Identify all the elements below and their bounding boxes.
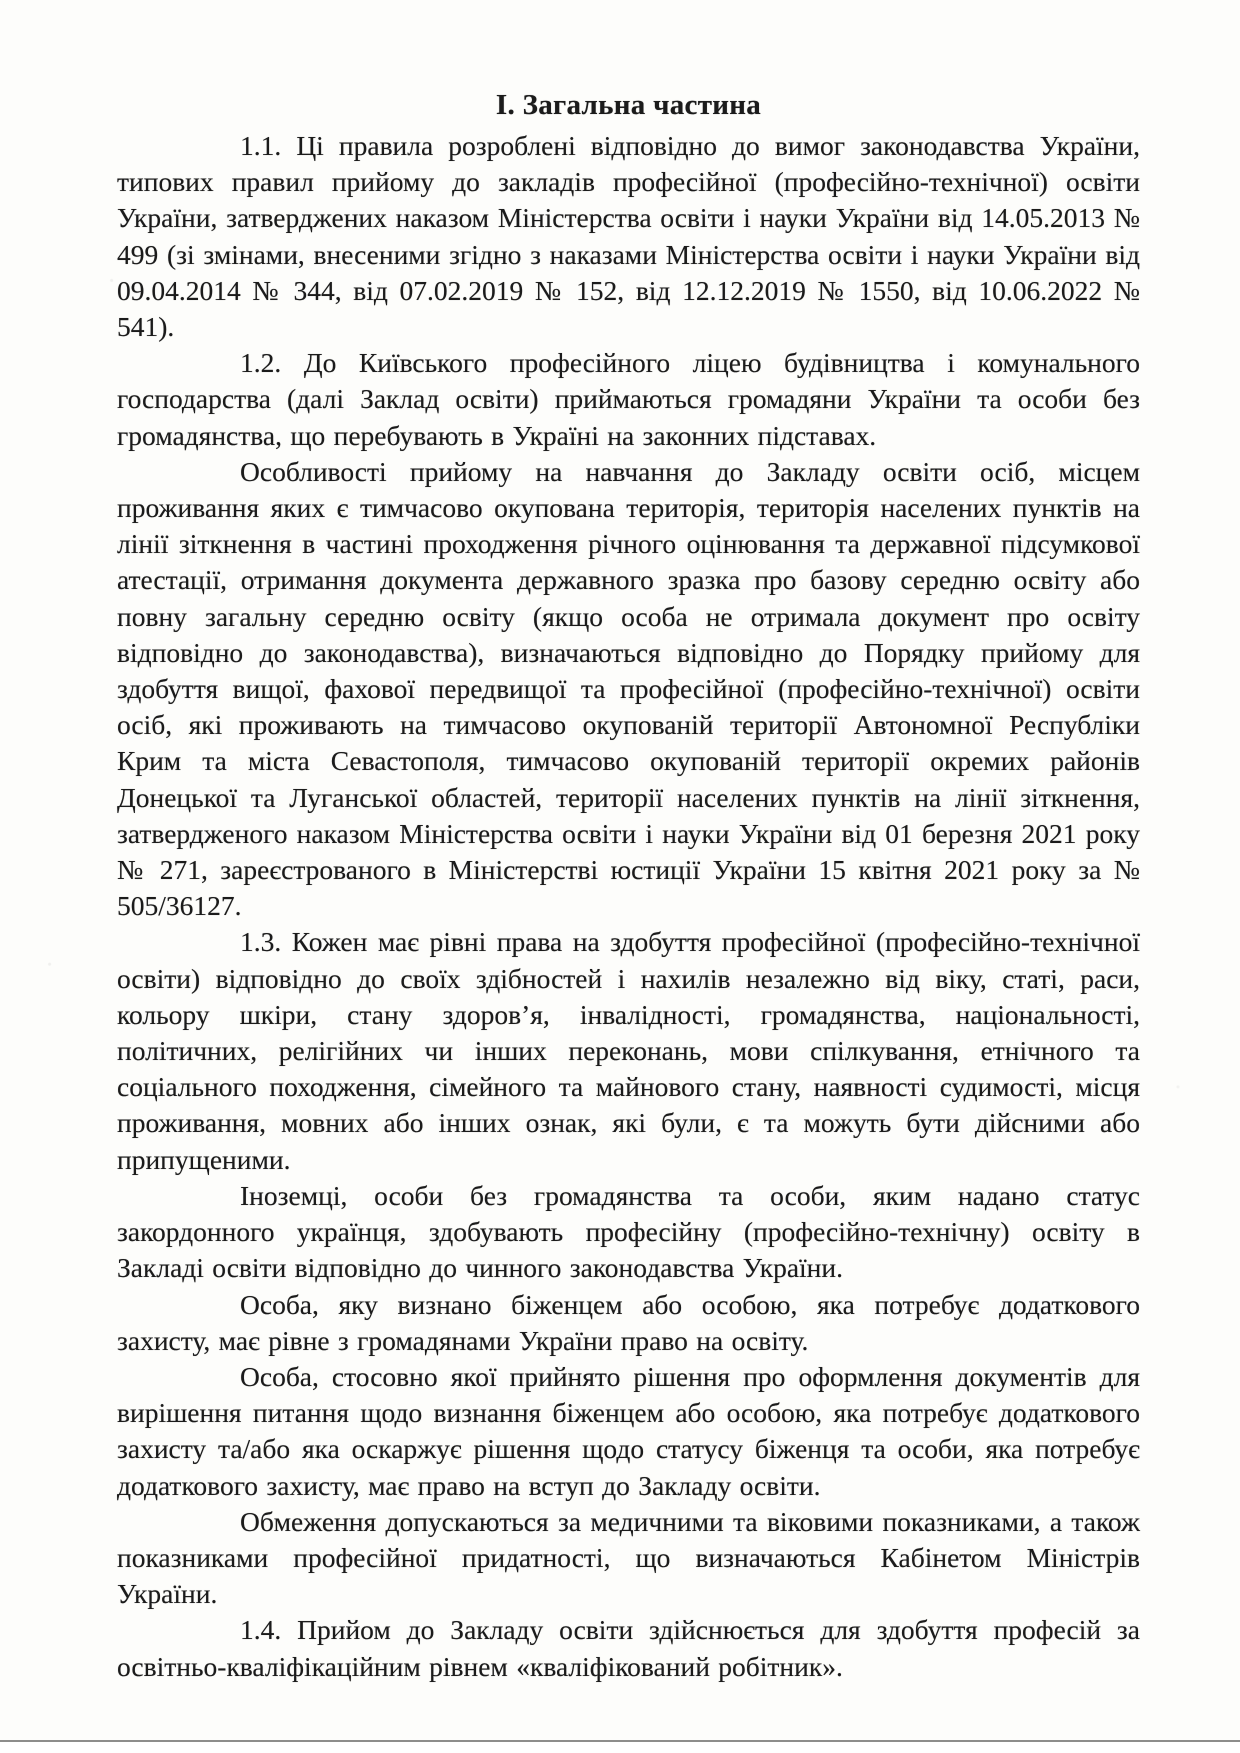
paragraph-1-1: 1.1. Ці правила розроблені відповідно до… bbox=[117, 128, 1140, 345]
document-text-block: І. Загальна частина 1.1. Ці правила розр… bbox=[117, 86, 1140, 1685]
paragraph-foreigners: Іноземці, особи без громадянства та особ… bbox=[117, 1178, 1140, 1287]
section-heading: І. Загальна частина bbox=[117, 86, 1140, 124]
scanned-document-page: І. Загальна частина 1.1. Ці правила розр… bbox=[0, 0, 1240, 1753]
paragraph-admission-features: Особливості прийому на навчання до Закла… bbox=[117, 454, 1140, 925]
paragraph-1-3: 1.3. Кожен має рівні права на здобуття п… bbox=[117, 924, 1140, 1177]
paragraph-restrictions: Обмеження допускаються за медичними та в… bbox=[117, 1504, 1140, 1613]
paragraph-1-4: 1.4. Прийом до Закладу освіти здійснюєть… bbox=[117, 1612, 1140, 1684]
paragraph-1-2: 1.2. До Київського професійного ліцею бу… bbox=[117, 345, 1140, 454]
scan-edge-margin bbox=[0, 1742, 1240, 1753]
paragraph-refugee-documents: Особа, стосовно якої прийнято рішення пр… bbox=[117, 1359, 1140, 1504]
paragraph-refugee-right: Особа, яку визнано біженцем або особою, … bbox=[117, 1287, 1140, 1359]
